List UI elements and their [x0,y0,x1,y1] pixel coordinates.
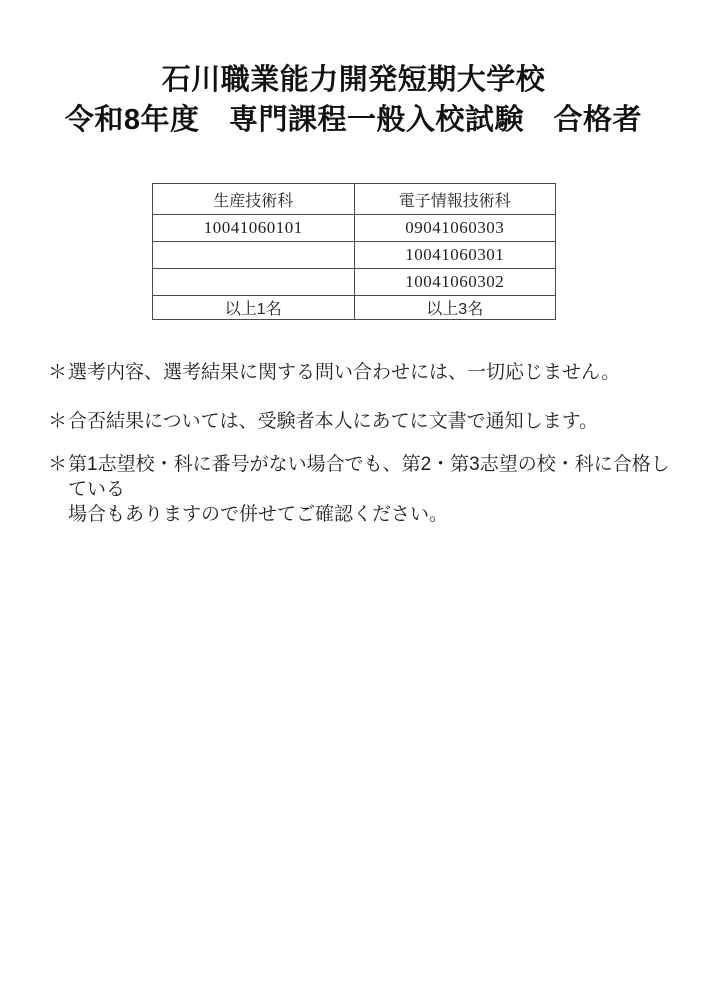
note-line: 第1志望校・科に番号がない場合でも、第2・第3志望の校・科に合格している [68,452,673,502]
table-cell-total-count: 以上3名 [354,296,556,320]
table-row: 10041060302 [153,269,556,296]
note-second-third-choice: ＊ 第1志望校・科に番号がない場合でも、第2・第3志望の校・科に合格している 場… [48,452,673,527]
note-line: 合否結果については、受験者本人にあてに文書で通知します。 [68,409,673,434]
results-table: 生産技術科 電子情報技術科 10041060101 09041060303 10… [152,183,556,320]
table-cell-exam-number: 10041060302 [354,269,556,296]
asterisk-marker: ＊ [48,360,68,385]
asterisk-marker: ＊ [48,452,68,527]
note-text: 第1志望校・科に番号がない場合でも、第2・第3志望の校・科に合格している 場合も… [68,452,673,527]
note-result-notification: ＊ 合否結果については、受験者本人にあてに文書で通知します。 [48,409,673,434]
table-cell-exam-number [153,269,355,296]
column-header-production-tech: 生産技術科 [153,184,355,215]
page-title: 石川職業能力開発短期大学校 令和8年度 専門課程一般入校試験 合格者 [0,60,707,140]
column-header-electronics-info: 電子情報技術科 [354,184,556,215]
note-line: 選考内容、選考結果に関する問い合わせには、一切応じません。 [68,360,673,385]
note-selection-inquiries: ＊ 選考内容、選考結果に関する問い合わせには、一切応じません。 [48,360,673,385]
table-cell-exam-number: 10041060101 [153,215,355,242]
note-line: 場合もありますので併せてご確認ください。 [68,502,673,527]
table-total-row: 以上1名 以上3名 [153,296,556,320]
table-cell-exam-number: 10041060301 [354,242,556,269]
table-cell-total-count: 以上1名 [153,296,355,320]
note-text: 合否結果については、受験者本人にあてに文書で通知します。 [68,409,673,434]
title-line-2: 令和8年度 専門課程一般入校試験 合格者 [0,100,707,140]
table-cell-exam-number [153,242,355,269]
table-header-row: 生産技術科 電子情報技術科 [153,184,556,215]
table-row: 10041060301 [153,242,556,269]
table-cell-exam-number: 09041060303 [354,215,556,242]
note-text: 選考内容、選考結果に関する問い合わせには、一切応じません。 [68,360,673,385]
title-line-1: 石川職業能力開発短期大学校 [0,60,707,100]
table-row: 10041060101 09041060303 [153,215,556,242]
asterisk-marker: ＊ [48,409,68,434]
